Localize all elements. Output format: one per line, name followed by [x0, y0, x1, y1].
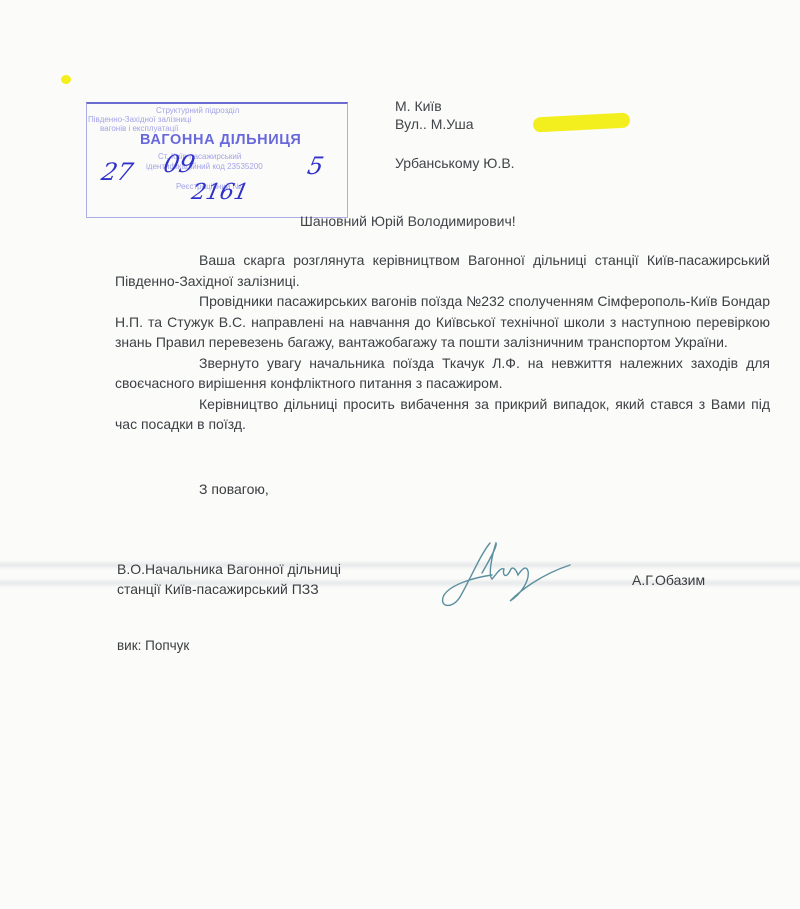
paragraph: Звернуто увагу начальника поїзда Ткачук … [115, 353, 770, 394]
handwritten-day: 27 [99, 158, 135, 186]
executor-note: вик: Попчук [117, 638, 189, 653]
signatory-title-line: В.О.Начальника Вагонної дільниці [117, 559, 341, 579]
stamp-title: ВАГОННА ДІЛЬНИЦЯ [140, 132, 301, 148]
signatory-title: В.О.Начальника Вагонної дільниці станції… [117, 559, 341, 599]
signature-icon [430, 535, 580, 615]
highlighter-mark [61, 75, 71, 84]
scanned-letter: Структурний підрозділ Південно-Західної … [0, 0, 800, 909]
handwritten-month: 09 [161, 150, 197, 178]
stamp-line: Структурний підрозділ [156, 106, 239, 115]
signatory-name: А.Г.Обазим [632, 572, 705, 588]
stamp-line: Південно-Західної залізниці [88, 115, 191, 124]
paragraph: Керівництво дільниці просить вибачення з… [115, 394, 770, 435]
redaction-highlight [533, 112, 631, 132]
signatory-title-line: станції Київ-пасажирський ПЗЗ [117, 579, 341, 599]
salutation: Шановний Юрій Володимирович! [300, 213, 516, 229]
closing: З повагою, [199, 481, 269, 497]
recipient-street: Вул.. М.Уша [395, 116, 474, 132]
recipient-name: Урбанському Ю.В. [395, 155, 515, 171]
paragraph: Ваша скарга розглянута керівництвом Ваго… [115, 250, 770, 291]
handwritten-reg-number: 2161 [189, 180, 250, 205]
recipient-city: М. Київ [395, 98, 442, 114]
paragraph: Провідники пасажирських вагонів поїзда №… [115, 291, 770, 353]
registration-stamp: Структурний підрозділ Південно-Західної … [86, 102, 350, 220]
letter-body: Ваша скарга розглянута керівництвом Ваго… [115, 250, 770, 435]
